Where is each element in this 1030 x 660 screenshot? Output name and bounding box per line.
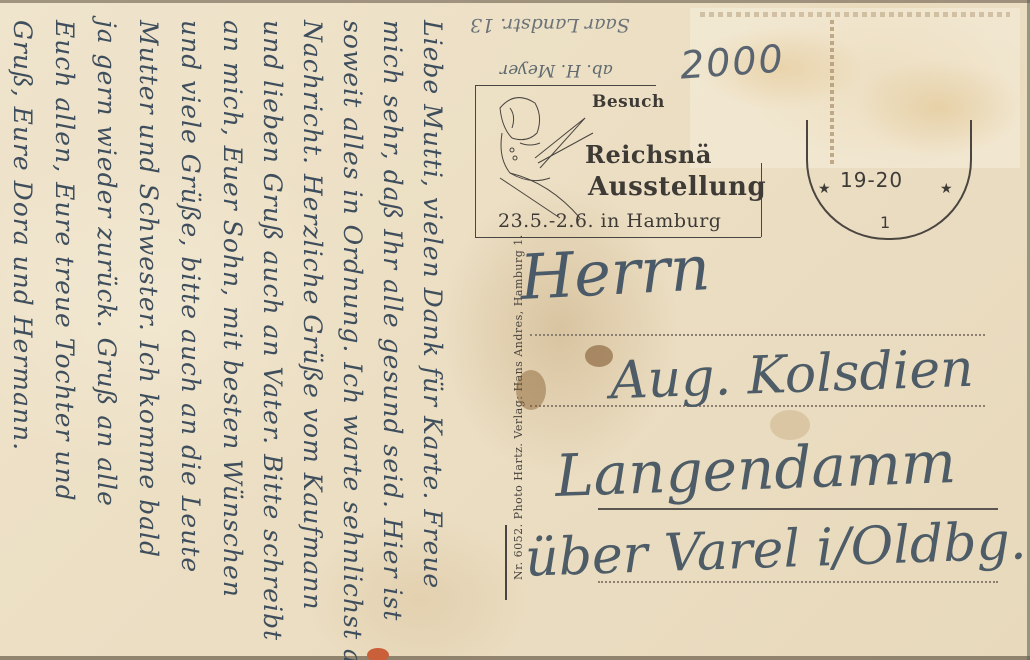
address-line: [530, 334, 985, 336]
stain: [585, 345, 613, 367]
recipient-salutation: Herrn: [518, 231, 712, 314]
recipient-town: Langendamm: [554, 428, 957, 510]
message-line: Gruß, Eure Dora und Hermann.: [8, 20, 37, 650]
wax-spot: [367, 648, 389, 660]
postmark-number: 1: [880, 213, 890, 232]
address-underline: [598, 508, 998, 510]
star-icon: ★: [818, 181, 831, 197]
slogan-text: Besuch: [592, 92, 665, 112]
slogan-dates: 23.5.-2.6. in Hamburg: [498, 210, 721, 232]
message-line: und lieben Gruß auch an Vater. Bitte sch…: [258, 20, 287, 650]
postmark-time: 19-20: [840, 168, 903, 192]
message-line: Euch allen, Eure treue Tochter und: [50, 20, 79, 650]
message-address-divider: [505, 525, 507, 600]
message-line: ja gern wieder zurück. Gruß an alle: [92, 20, 121, 650]
price-note: 2000: [679, 36, 787, 87]
slogan-text: Reichsnä: [585, 140, 712, 169]
postcard: Liebe Mutti, vielen Dank für Karte. Freu…: [0, 0, 1030, 660]
sender-address-line: Saar Landstr. 13: [470, 14, 630, 36]
star-icon: ★: [940, 181, 953, 197]
handwritten-message: Liebe Mutti, vielen Dank für Karte. Freu…: [0, 0, 470, 660]
stain: [770, 410, 810, 440]
recipient-route: über Varel i/Oldbg.: [524, 511, 1027, 588]
message-line: Mutter und Schwester. Ich komme bald: [134, 20, 163, 650]
message-line: soweit alles in Ordnung. Ich warte sehnl…: [338, 20, 367, 650]
message-line: Liebe Mutti, vielen Dank für Karte. Freu…: [418, 20, 447, 650]
stain: [516, 370, 546, 410]
sender-name-line: ab. H. Meyer: [500, 60, 613, 80]
recipient-name: Aug. Kolsdien: [609, 339, 975, 412]
message-line: mich sehr, daß Ihr alle gesund seid. Hie…: [378, 20, 407, 650]
message-line: an mich, Euer Sohn, mit besten Wünschen: [218, 20, 247, 650]
slogan-text: Ausstellung: [588, 172, 766, 202]
message-line: und viele Grüße, bitte auch an die Leute: [176, 20, 205, 650]
message-line: Nachricht. Herzliche Grüße vom Kaufmann: [298, 20, 327, 650]
stamp-perforation: [700, 12, 1010, 17]
